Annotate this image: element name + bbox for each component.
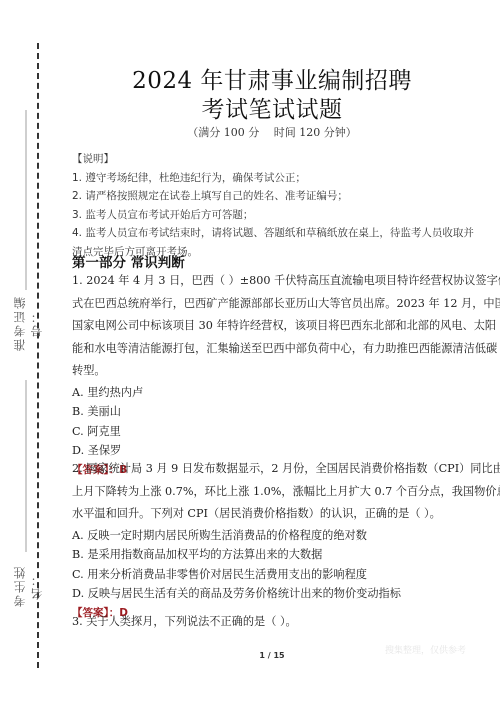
option-b: B. 美丽山 <box>72 402 472 422</box>
question-text: 1. 2024 年 4 月 3 日，巴西（ ）±800 千伏特高压直流输电项目特… <box>72 270 472 293</box>
exam-id-label: 准考证编号： <box>11 292 41 354</box>
section-title: 第一部分 常识判断 <box>72 251 185 271</box>
binding-margin-line <box>25 110 27 290</box>
watermark-text: 搜集整理，仅供参考 <box>385 643 466 656</box>
question-text: 能和水电等清洁能源打包，汇集输送至巴西中部负荷中心，有力助推巴西能源清洁低碳 <box>72 338 472 361</box>
instructions-heading: 【说明】 <box>72 150 472 169</box>
option-b: B. 是采用指数商品加权平均的方法算出来的大数据 <box>72 545 472 565</box>
question-text: 式在巴西总统府举行，巴西矿产能源部部长亚历山大等官员出席。2023 年 12 月… <box>72 293 472 316</box>
option-c: C. 用来分析消费品非零售价对居民生活费用支出的影响程度 <box>72 565 472 585</box>
question-text: 国家电网公司中标该项目 30 年特许经营权，该项目将巴西东北部和北部的风电、太阳 <box>72 315 472 338</box>
question-2: 2. 国家统计局 3 月 9 日发布数据显示，2 月份，全国居民消费价格指数（C… <box>72 458 472 623</box>
question-text: 转型。 <box>72 360 472 383</box>
question-text: 上月下降转为上涨 0.7%，环比上涨 1.0%，涨幅比上月扩大 0.7 个百分点… <box>72 481 472 504</box>
candidate-name-label: 考生姓名： <box>11 555 41 617</box>
option-a: A. 反映一定时期内居民所购生活消费品的价格程度的绝对数 <box>72 526 472 546</box>
exam-score-time: （满分 100 分 时间 120 分钟） <box>72 124 472 140</box>
option-a: A. 里约热内卢 <box>72 383 472 403</box>
instruction-item: 2. 请严格按照规定在试卷上填写自己的姓名、准考证编号； <box>72 187 472 206</box>
instruction-item: 1. 遵守考场纪律，杜绝违纪行为，确保考试公正； <box>72 169 472 188</box>
question-1: 1. 2024 年 4 月 3 日，巴西（ ）±800 千伏特高压直流输电项目特… <box>72 270 472 480</box>
question-text: 3. 关于人类探月，下列说法不正确的是（ ）。 <box>72 611 472 634</box>
option-d: D. 反映与居民生活有关的商品及劳务价格统计出来的物价变动指标 <box>72 584 472 604</box>
option-c: C. 阿克里 <box>72 422 472 442</box>
question-text: 水平温和回升。下列对 CPI（居民消费价格指数）的认识，正确的是（ ）。 <box>72 503 472 526</box>
instruction-item: 3. 监考人员宣布考试开始后方可答题； <box>72 206 472 225</box>
question-text: 2. 国家统计局 3 月 9 日发布数据显示，2 月份，全国居民消费价格指数（C… <box>72 458 472 481</box>
instruction-item: 4. 监考人员宣布考试结束时，请将试题、答题纸和草稿纸放在桌上，待监考人员收取并 <box>72 224 472 243</box>
question-3: 3. 关于人类探月，下列说法不正确的是（ ）。 <box>72 611 472 634</box>
binding-margin-line <box>25 380 27 552</box>
instructions-block: 【说明】 1. 遵守考场纪律，杜绝违纪行为，确保考试公正； 2. 请严格按照规定… <box>72 150 472 261</box>
page-title-line2: 考试笔试试题 <box>72 91 472 124</box>
